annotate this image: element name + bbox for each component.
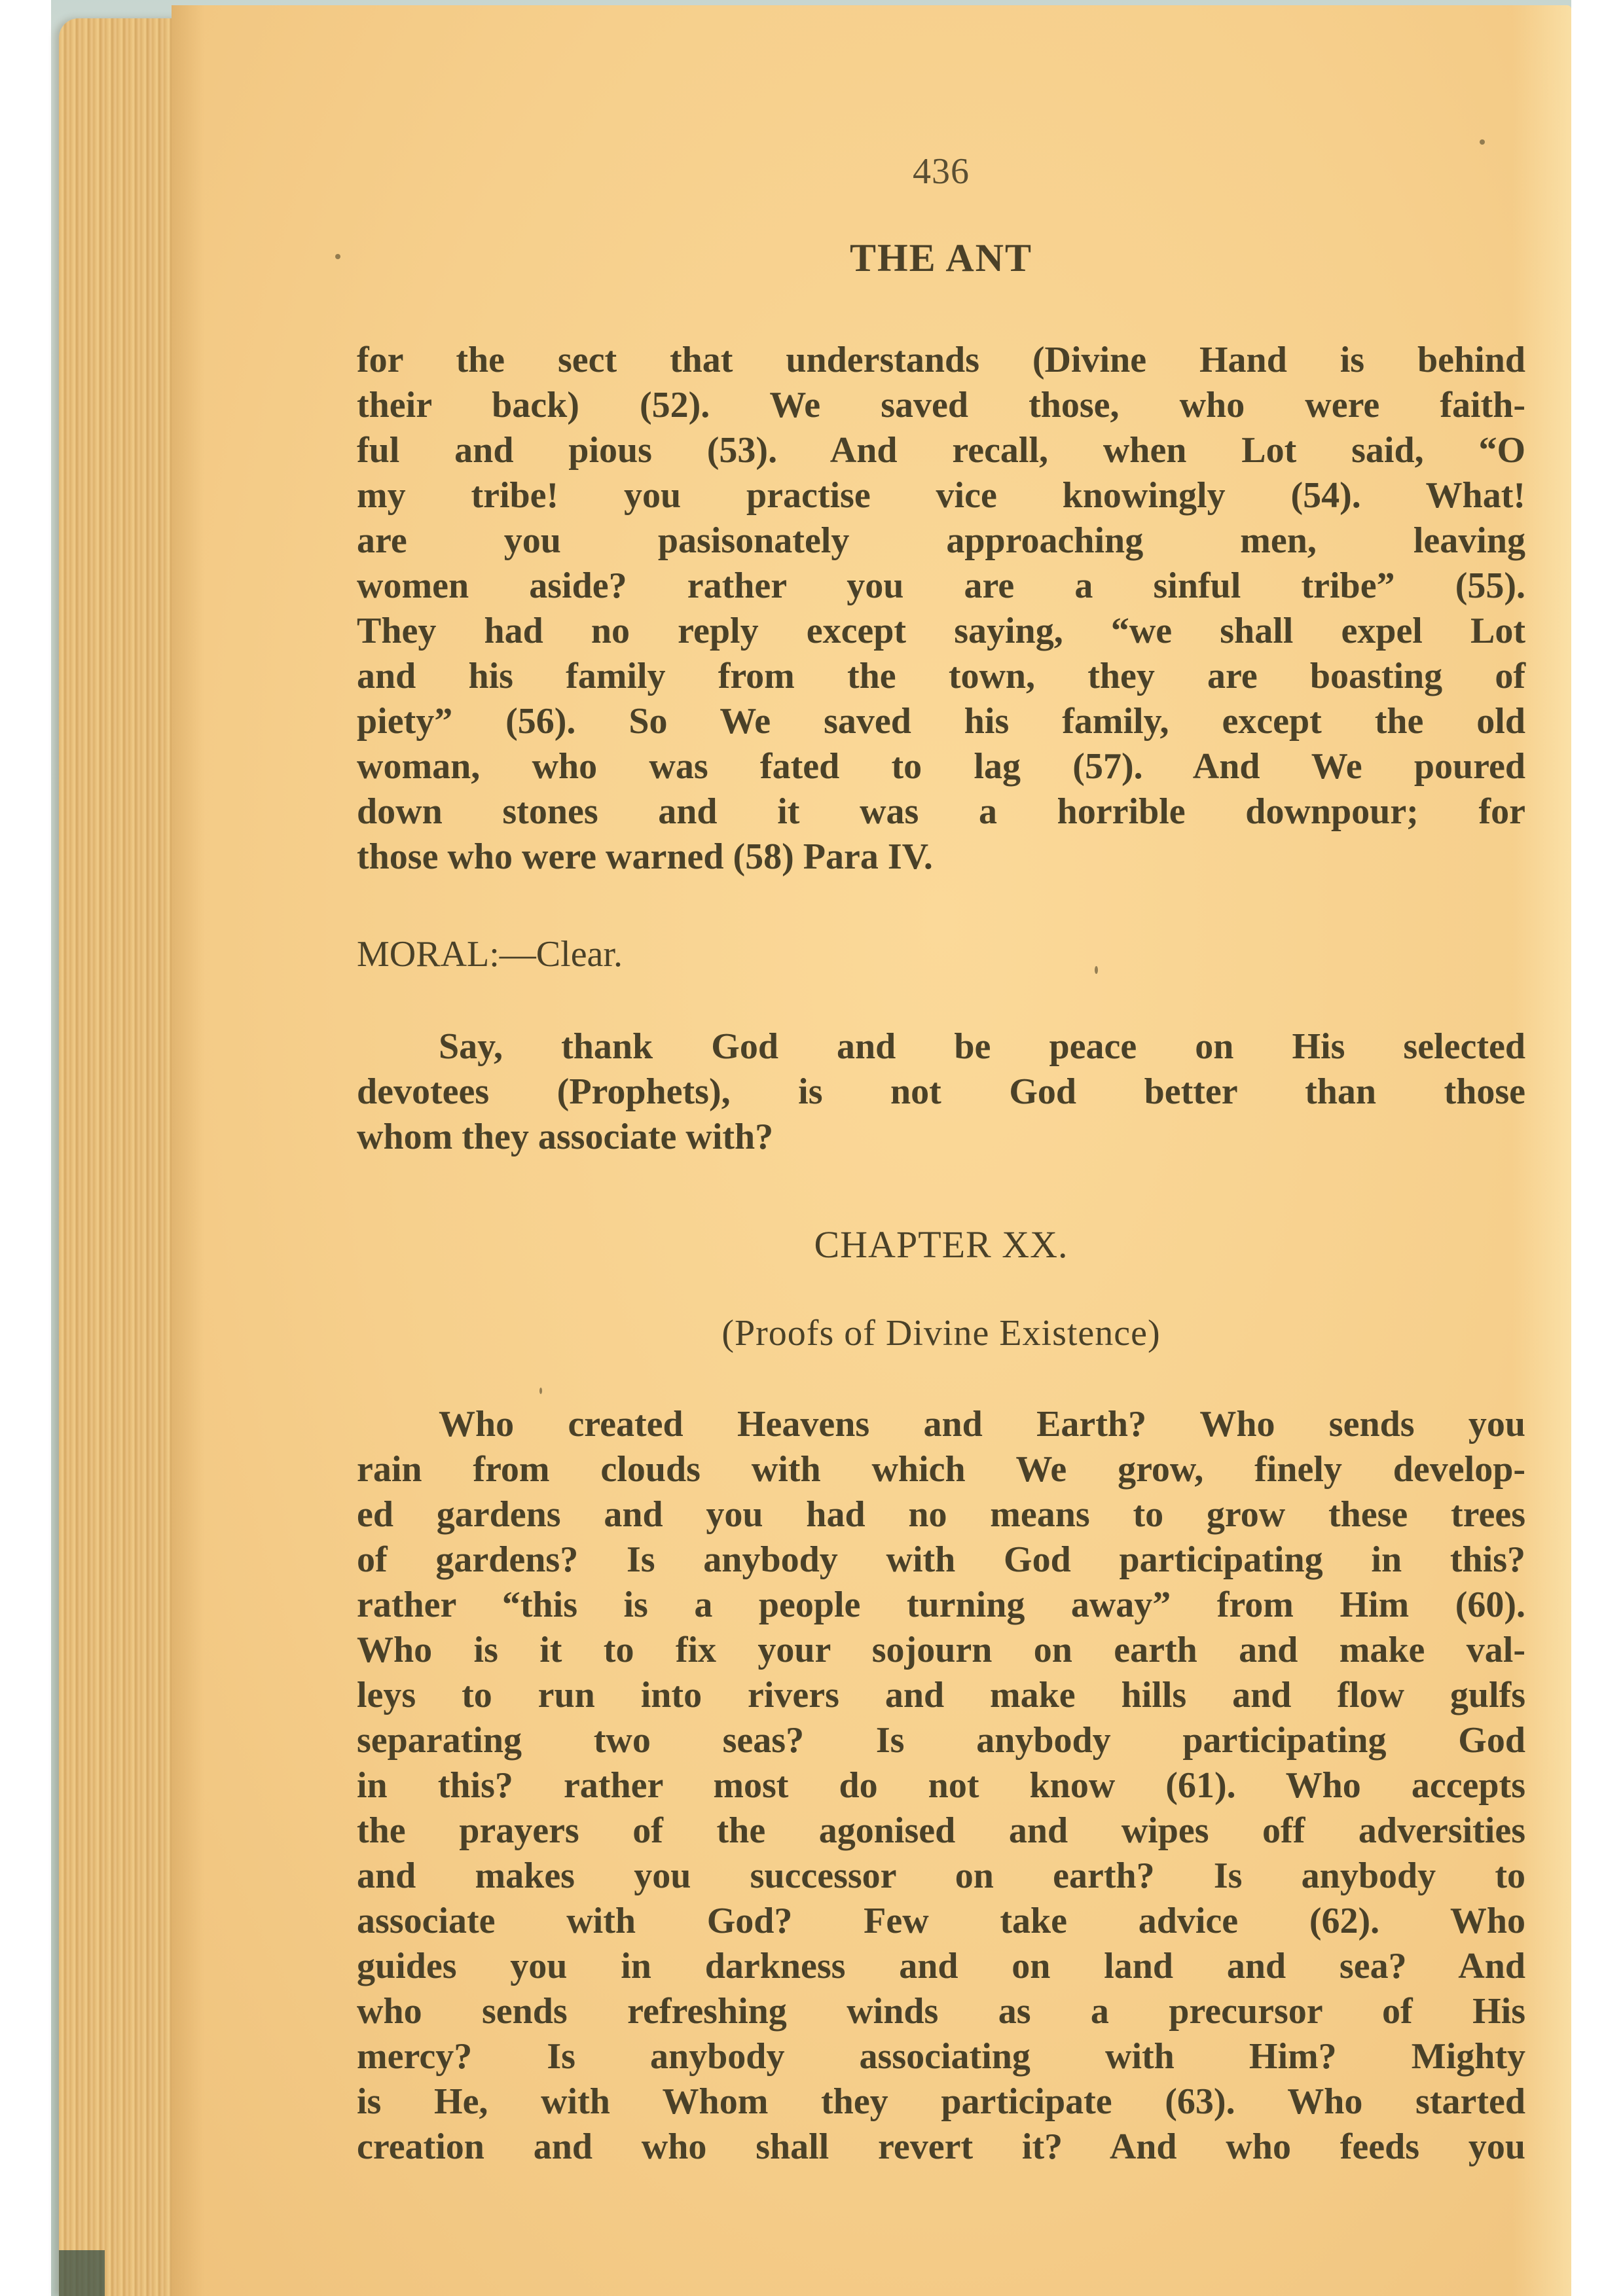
moral-label: MORAL:—Clear. [357,933,623,975]
text-line: mercy? Is anybody associating with Him? … [357,2034,1525,2079]
text-line: ed gardens and you had no means to grow … [357,1492,1525,1537]
text-line: who sends refreshing winds as a precurso… [357,1989,1525,2034]
text-line: are you pasisonately approaching men, le… [357,518,1525,564]
paper-speck [539,1388,542,1394]
text-line: women aside? rather you are a sinful tri… [357,564,1525,609]
book-page: 436 THE ANT for the sect that understand… [172,5,1571,2296]
text-line: is He, with Whom they participate (63). … [357,2079,1525,2125]
text-line: leys to run into rivers and make hills a… [357,1673,1525,1718]
text-line: rather “this is a people turning away” f… [357,1583,1525,1628]
text-line: Who is it to fix your sojourn on earth a… [357,1628,1525,1673]
paper-speck [335,254,340,259]
text-line: for the sect that understands (Divine Ha… [357,338,1525,383]
text-line: my tribe! you practise vice knowingly (5… [357,473,1525,518]
text-line: and his family from the town, they are b… [357,654,1525,699]
text-line: Who created Heavens and Earth? Who sends… [357,1402,1525,1447]
paper-speck [1480,139,1485,145]
paper-speck [1095,966,1098,974]
running-head: THE ANT [357,236,1525,281]
chapter-subtitle: (Proofs of Divine Existence) [357,1312,1525,1354]
page-edges-stack [59,18,180,2296]
text-line: the prayers of the agonised and wipes of… [357,1808,1525,1854]
text-line: associate with God? Few take advice (62)… [357,1899,1525,1944]
page-number: 436 [357,151,1525,192]
paragraph-thank-god: Say, thank God and be peace on His selec… [357,1024,1525,1160]
text-line: creation and who shall revert it? And wh… [357,2125,1525,2170]
text-line: whom they associate with? [357,1115,1525,1160]
chapter-title: CHAPTER XX. [357,1223,1525,1266]
text-line: They had no reply except saying, “we sha… [357,609,1525,654]
text-line: and makes you successor on earth? Is any… [357,1854,1525,1899]
text-line: guides you in darkness and on land and s… [357,1944,1525,1989]
text-line: their back) (52). We saved those, who we… [357,383,1525,428]
paragraph-proofs: Who created Heavens and Earth? Who sends… [357,1402,1525,2170]
text-line: down stones and it was a horrible downpo… [357,789,1525,834]
text-line: of gardens? Is anybody with God particip… [357,1537,1525,1583]
text-line: Say, thank God and be peace on His selec… [357,1024,1525,1069]
text-line: ful and pious (53). And recall, when Lot… [357,428,1525,473]
text-line: those who were warned (58) Para IV. [357,834,1525,880]
text-line: separating two seas? Is anybody particip… [357,1718,1525,1763]
text-line: woman, who was fated to lag (57). And We… [357,744,1525,789]
paragraph-lot-story: for the sect that understands (Divine Ha… [357,338,1525,880]
text-line: in this? rather most do not know (61). W… [357,1763,1525,1808]
text-line: piety” (56). So We saved his family, exc… [357,699,1525,744]
text-line: rain from clouds with which We grow, fin… [357,1447,1525,1492]
text-line: devotees (Prophets), is not God better t… [357,1069,1525,1115]
